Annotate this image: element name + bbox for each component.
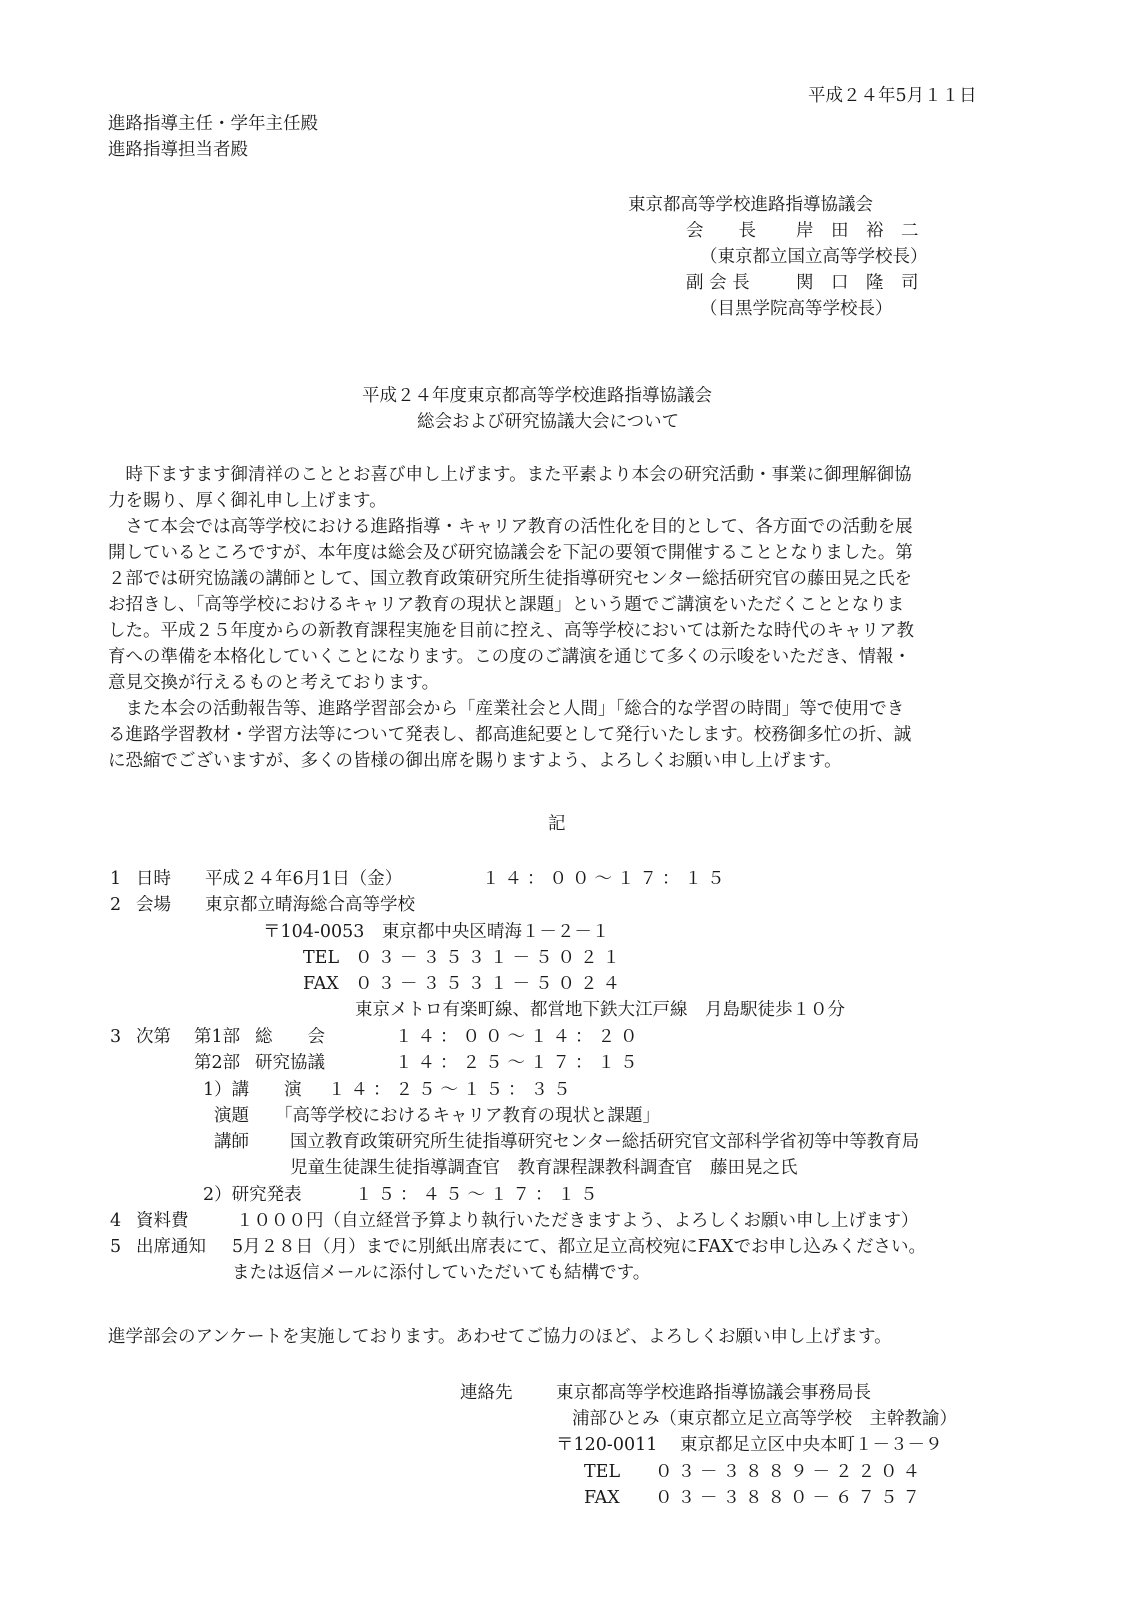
president-title: 会 長 [686, 219, 756, 243]
program-part1-name: 総 会 [255, 1025, 325, 1049]
vice-president-title: 副 会 長 [686, 271, 750, 295]
attendance-notice-line: 5月２８日（月）までに別紙出席表にて、都立足立高校宛にFAXでお申し込みください… [232, 1235, 926, 1259]
body-paragraph-line: 育への準備を本格化していくことになります。この度のご講演を通じて多くの示唆をいた… [108, 645, 911, 669]
event-date: 平成２４年6月1日（金） [205, 867, 402, 891]
vice-president-name: 関 口 隆 司 [796, 271, 919, 295]
contact-tel-label: TEL [584, 1460, 620, 1484]
body-paragraph-line: さて本会では高等学校における進路指導・キャリア教育の活性化を目的として、各方面で… [108, 515, 913, 539]
program-research-label: 2）研究発表 [203, 1183, 302, 1207]
lecturer-line: 国立教育政策研究所生徒指導研究センター総括研究官文部科学省初等中等教育局 [290, 1130, 919, 1154]
lecture-theme: 「高等学校におけるキャリア教育の現状と課題」 [275, 1104, 660, 1128]
contact-address: 東京都足立区中央本町１－３－９ [680, 1433, 943, 1457]
lecture-theme-label: 演題 [214, 1104, 249, 1128]
venue-access: 東京メトロ有楽町線、都営地下鉄大江戸線 月島駅徒歩１０分 [355, 998, 845, 1022]
item-number: 5 [110, 1235, 121, 1259]
ki-heading: 記 [548, 812, 566, 836]
program-lecture-time: １４：２５〜１５：３５ [328, 1078, 576, 1102]
item-label: 日時 [136, 867, 171, 891]
venue-name: 東京都立晴海総合高等学校 [205, 893, 415, 917]
contact-org: 東京都高等学校進路指導協議会事務局長 [556, 1381, 871, 1405]
president-name: 岸 田 裕 二 [796, 219, 919, 243]
contact-tel: ０３－３８８９－２２０４ [655, 1460, 925, 1484]
item-label: 出席通知 [136, 1235, 206, 1259]
item-label: 資料費 [136, 1209, 189, 1233]
event-time: １４：００〜１７：１５ [482, 867, 730, 891]
venue-tel-label: TEL [303, 946, 339, 970]
sender-org: 東京都高等学校進路指導協議会 [628, 193, 873, 217]
item-number: 1 [110, 867, 121, 891]
attendance-notice-line: または返信メールに添付していただいても結構です。 [232, 1261, 650, 1285]
body-paragraph-line: した。平成２５年度からの新教育課程実施を目前に控え、高等学校においては新たな時代… [108, 619, 914, 643]
item-number: 4 [110, 1209, 121, 1233]
venue-address: 〒104-0053 東京都中央区晴海１－２－１ [263, 920, 609, 944]
body-paragraph-line: に恐縮でございますが、多くの皆様の御出席を賜りますよう、よろしくお願い申し上げま… [108, 749, 842, 773]
venue-tel: ０３－３５３１－５０２１ [355, 946, 625, 970]
material-fee: １０００円（自立経営予算より執行いただきますよう、よろしくお願い申し上げます） [236, 1209, 919, 1233]
program-part2-name: 研究協議 [255, 1051, 325, 1075]
recipient-line: 進路指導担当者殿 [108, 138, 248, 162]
document-title: 平成２４年度東京都高等学校進路指導協議会 [362, 384, 712, 408]
president-affiliation: （東京都立国立高等学校長） [700, 245, 928, 269]
item-label: 会場 [136, 893, 171, 917]
body-paragraph-line: お招きし、「高等学校におけるキャリア教育の現状と課題」という題でご講演をいただく… [108, 593, 904, 617]
program-part1-time: １４：００〜１４：２０ [395, 1025, 643, 1049]
document-subtitle: 総会および研究協議大会について [417, 410, 679, 434]
lecturer-line: 児童生徒課生徒指導調査官 教育課程課教科調査官 藤田晃之氏 [290, 1156, 798, 1180]
body-paragraph-line: 力を賜り、厚く御礼申し上げます。 [108, 489, 387, 513]
venue-fax: ０３－３５３１－５０２４ [355, 972, 625, 996]
program-part1-label: 第1部 [194, 1025, 240, 1049]
program-part2-label: 第2部 [194, 1051, 240, 1075]
item-number: 3 [110, 1025, 121, 1049]
contact-person: 浦部ひとみ（東京都立足立高等学校 主幹教諭） [572, 1407, 957, 1431]
item-label: 次第 [136, 1025, 171, 1049]
contact-label: 連絡先 [460, 1381, 513, 1405]
document-date: 平成２４年5月１１日 [808, 84, 977, 108]
body-paragraph-line: 時下ますます御清祥のこととお喜び申し上げます。また平素より本会の研究活動・事業に… [108, 463, 912, 487]
vice-president-affiliation: （目黒学院高等学校長） [700, 297, 893, 321]
body-paragraph-line: 意見交換が行えるものと考えております。 [108, 671, 439, 695]
body-paragraph-line: る進路学習教材・学習方法等について発表し、都高進紀要として発行いたします。校務御… [108, 723, 911, 747]
body-paragraph-line: ２部では研究協議の講師として、国立教育政策研究所生徒指導研究センター総括研究官の… [108, 567, 912, 591]
body-paragraph-line: また本会の活動報告等、進路学習部会から「産業社会と人間」「総合的な学習の時間」等… [108, 697, 904, 721]
program-research-time: １５：４５〜１７：１５ [355, 1183, 603, 1207]
survey-note: 進学部会のアンケートを実施しております。あわせてご協力のほど、よろしくお願い申し… [108, 1325, 892, 1349]
item-number: 2 [110, 893, 121, 917]
lecturer-label: 講師 [214, 1130, 249, 1154]
recipient-line: 進路指導主任・学年主任殿 [108, 112, 318, 136]
contact-fax: ０３－３８８０－６７５７ [655, 1486, 925, 1510]
contact-postal: 〒120-0011 [556, 1433, 657, 1457]
venue-fax-label: FAX [303, 972, 339, 996]
program-part2-time: １４：２５〜１７：１５ [395, 1051, 643, 1075]
contact-fax-label: FAX [584, 1486, 620, 1510]
program-lecture-label: 1）講 演 [203, 1078, 302, 1102]
body-paragraph-line: 開しているところですが、本年度は総会及び研究協議会を下記の要領で開催することとな… [108, 541, 913, 565]
